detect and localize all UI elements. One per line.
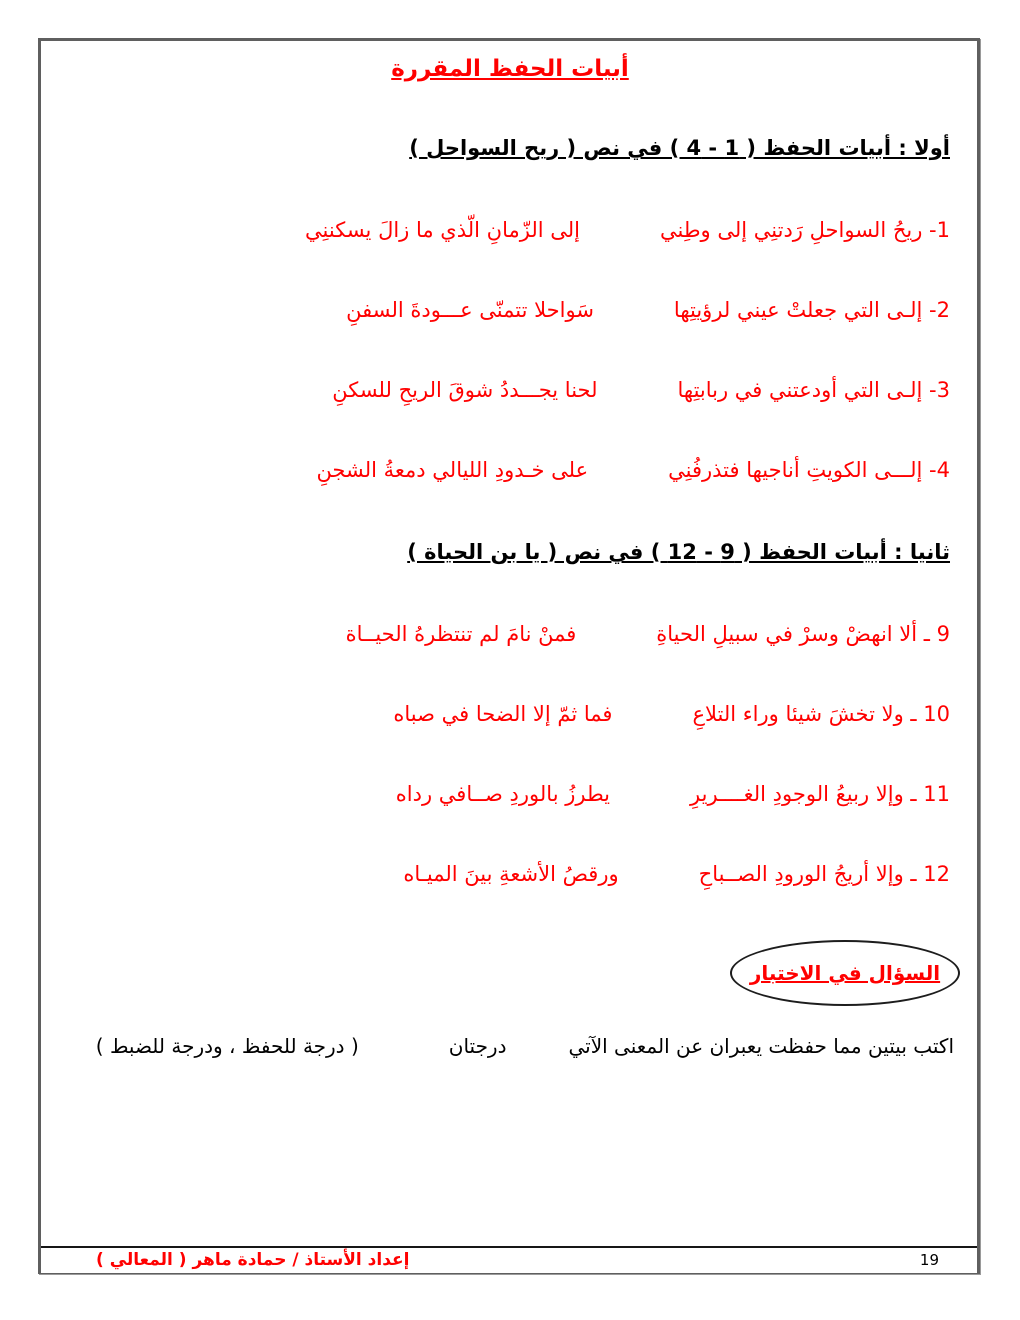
instruction-marks: درجتان [449,1034,507,1058]
verse-line-1: 1- ريحُ السواحلِ رَدتنِي إلى وطِني إلى ا… [305,218,950,242]
verse-4-second-hemistich: على خـدودِ الليالي دمعةُ الشجنِ [316,458,588,482]
instruction-marks-detail: ( درجة للحفظ ، ودرجة للضبط ) [96,1034,359,1058]
verse-line-3: 3- إلـى التي أودعتني في ربابتِها لحنا يج… [332,378,950,402]
verse-line-4: 4- إلـــى الكويتِ أناجيها فتذرفُنِي على … [316,458,950,482]
verse-line-10: 10 ـ ولا تخشَ شيئا وراء التلاعِ فما ثمّ … [393,702,950,726]
document-page: أبيات الحفظ المقررة أولا : أبيات الحفظ (… [0,0,1020,1320]
verse-line-12: 12 ـ وإلا أريجُ الورودِ الصــباحِ ورقصُ … [403,862,950,886]
verse-3-second-hemistich: لحنا يجـــددُ شوقَ الريحِ للسكنِ [332,378,597,402]
verse-3-first-hemistich: 3- إلـى التي أودعتني في ربابتِها [677,378,950,402]
exam-instruction-line: اكتب بيتين مما حفظت يعبران عن المعنى الآ… [96,1034,954,1058]
verse-10-first-hemistich: 10 ـ ولا تخشَ شيئا وراء التلاعِ [692,702,950,726]
verse-line-9: 9 ـ ألا انهضْ وسرْ في سبيلِ الحياةِ فمنْ… [346,622,950,646]
verse-9-first-hemistich: 9 ـ ألا انهضْ وسرْ في سبيلِ الحياةِ [656,622,950,646]
verse-10-second-hemistich: فما ثمّ إلا الضحا في صباه [393,702,612,726]
footer-prepared-by: إعداد الأستاذ / حمادة ماهر ( المعالي ) [96,1250,409,1270]
verse-11-first-hemistich: 11 ـ وإلا ربيعُ الوجودِ الغــــريرِ [690,782,950,806]
verse-12-second-hemistich: ورقصُ الأشعةِ بينَ الميـاه [403,862,618,886]
verse-line-11: 11 ـ وإلا ربيعُ الوجودِ الغــــريرِ يطرز… [396,782,950,806]
verse-1-second-hemistich: إلى الزّمانِ الّذي ما زالَ يسكننِي [305,218,580,242]
verse-11-second-hemistich: يطرزُ بالوردِ صــافي رداه [396,782,610,806]
verse-2-second-hemistich: سَواحلا تتمنّى عـــودةَ السفنِ [346,298,594,322]
verse-12-first-hemistich: 12 ـ وإلا أريجُ الورودِ الصــباحِ [699,862,950,886]
footer-page-number: 19 [920,1251,939,1269]
verse-2-first-hemistich: 2- إلـى التي جعلتْ عيني لرؤيتِها [674,298,950,322]
instruction-text: اكتب بيتين مما حفظت يعبران عن المعنى الآ… [569,1034,955,1058]
page-title: أبيات الحفظ المقررة [0,56,1020,82]
verse-9-second-hemistich: فمنْ نامَ لم تنتظرهُ الحيــاة [346,622,577,646]
verse-4-first-hemistich: 4- إلـــى الكويتِ أناجيها فتذرفُنِي [668,458,950,482]
exam-question-badge: السؤال في الاختبار [730,940,960,1006]
exam-question-badge-label: السؤال في الاختبار [750,961,940,985]
section-2-heading: ثانيا : أبيات الحفظ ( 9 - 12 ) في نص ( ي… [407,540,950,564]
section-1-heading: أولا : أبيات الحفظ ( 1 - 4 ) في نص ( ريح… [409,136,950,160]
page-footer: إعداد الأستاذ / حمادة ماهر ( المعالي ) 1… [41,1246,977,1273]
verse-line-2: 2- إلـى التي جعلتْ عيني لرؤيتِها سَواحلا… [346,298,950,322]
verse-1-first-hemistich: 1- ريحُ السواحلِ رَدتنِي إلى وطِني [660,218,950,242]
